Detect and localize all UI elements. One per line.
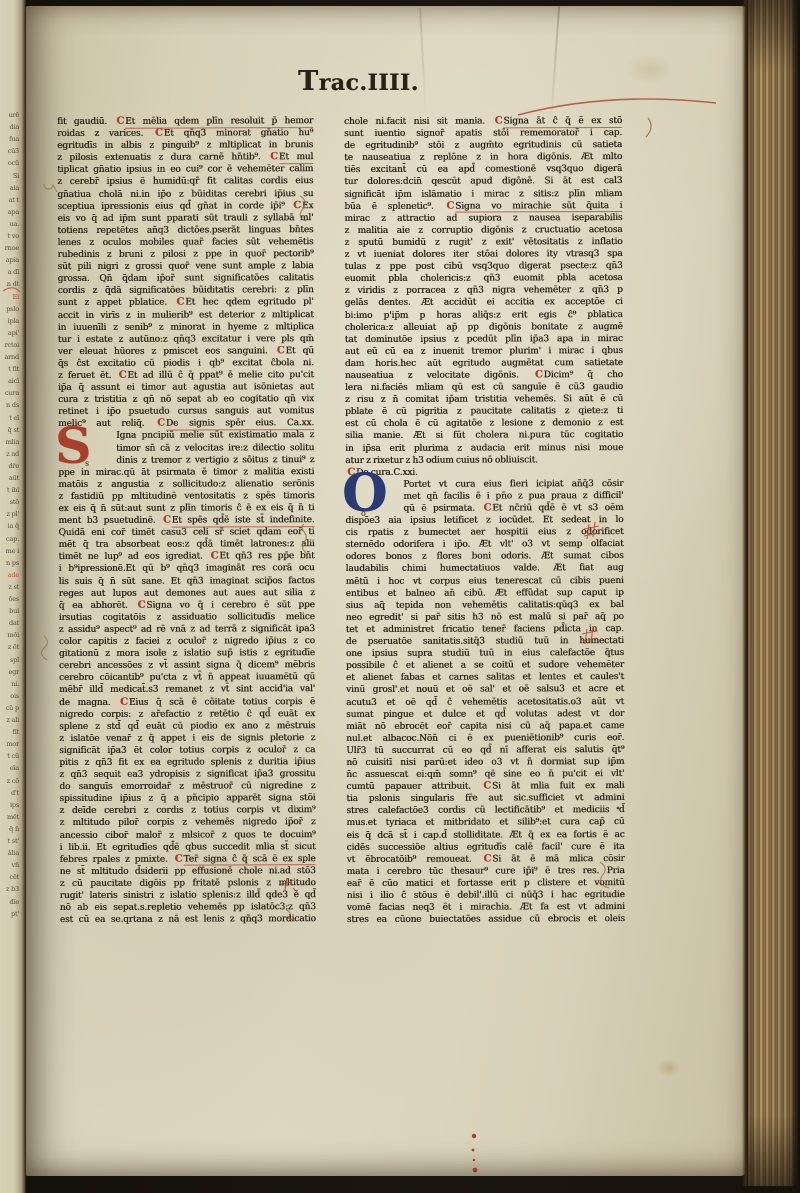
facing-page-edge: urēdiafuacū3ocūSiaiaat tapaua.t vornoeap… bbox=[0, 0, 26, 1193]
edge-text-fragment: z ali bbox=[6, 717, 19, 724]
text-line: vinū grosl'.et nouū et oē sal' et oē sal… bbox=[346, 683, 624, 696]
edge-text-fragment: oīa bbox=[10, 765, 19, 772]
text-line: pblate ē cū pigritia z paucitate calitat… bbox=[345, 405, 623, 418]
text-line: egritudīs in albis z pinguib⁹ z mltiplic… bbox=[57, 139, 313, 152]
edge-text-fragment: mor bbox=[6, 741, 19, 748]
text-line: accit in virīs z in mulierib⁹ est deteri… bbox=[58, 309, 314, 322]
capitulum-mark: C bbox=[533, 369, 544, 380]
capitulum-mark: C bbox=[291, 200, 302, 211]
edge-text-fragment: ocū bbox=[8, 160, 19, 167]
text-line: tulas z ppe post cibū vsq3quo digerat ps… bbox=[345, 260, 623, 273]
text-line: qū ē psirmata. CEt nc̄riū qd̄ē ē vt s3 o… bbox=[403, 502, 623, 515]
edge-text-fragment: z st bbox=[8, 584, 19, 591]
text-line: sceptiua ipressionis eius qd̄ gn̄at in c… bbox=[57, 200, 313, 213]
edge-text-fragment: ua. bbox=[9, 221, 19, 228]
text-line: reges aut lupos aut demones aut aues aut… bbox=[59, 587, 315, 600]
text-line: z malitia aie z corruptio digōnis z cruc… bbox=[344, 224, 622, 237]
edge-text-fragment: t cū bbox=[7, 753, 19, 760]
text-line: gelās dentes. Æt accidūt ei accitia ex a… bbox=[345, 296, 623, 309]
text-line: sunt z appet pblatice. CEt hec qdem egri… bbox=[58, 297, 314, 310]
text-line: mēbr̄ illd̄ medicat̄.s3 remanet z vt̄ si… bbox=[59, 684, 315, 697]
text-line: febres rpales z pmixte. CTer̄ signa ĉ q̄… bbox=[60, 853, 316, 866]
text-line: roidas z varices. CEt qn̄q3 minorat gn̄a… bbox=[57, 127, 313, 140]
text-line: matōis z angustia z sollicitudo:z aliena… bbox=[58, 478, 314, 491]
capitulum-mark: C bbox=[209, 551, 220, 562]
text-line: dinis z tremor z vertigio z sōitus z tin… bbox=[116, 454, 314, 467]
edge-text-fragment: rnoe bbox=[5, 245, 19, 252]
text-line: z cerebr̄ ipsius ē humidū:qr̄ fit calita… bbox=[57, 176, 313, 189]
edge-text-fragment: rctoi bbox=[5, 342, 19, 349]
book-photo: urēdiafuacū3ocūSiaiaat tapaua.t vornoeap… bbox=[0, 0, 800, 1193]
edge-text-fragment: aūt bbox=[9, 475, 19, 482]
text-line: cordis z q̄dā significatōes būiditatis c… bbox=[58, 284, 314, 297]
edge-text-fragment: mēt bbox=[7, 814, 19, 821]
text-line: mētū i hoc vt corpus eius tenerescat cū … bbox=[346, 575, 624, 588]
edge-text-fragment: cēt bbox=[10, 874, 20, 881]
edge-text-fragment: ips bbox=[10, 802, 19, 809]
text-line: nauseatiua z velocitate digōnis. CDicim⁹… bbox=[345, 369, 623, 382]
text-line: entibus et balneo an̄ cibū. Æt effūdat s… bbox=[346, 587, 624, 600]
edge-text-fragment: q̄ n̄ bbox=[9, 826, 19, 833]
text-line: ip̄a q̄ assunt ei timor aut agustia aut … bbox=[58, 381, 314, 394]
text-line: de magna. CEius q̄ scā ē cōitate totius … bbox=[59, 696, 315, 709]
left-column: fit gaudiū. CEt mēlia qdem plīn resoluit… bbox=[57, 115, 316, 926]
edge-text-fragment: mlia bbox=[6, 439, 19, 446]
text-line: tet et administret fricatio tener̄ facie… bbox=[346, 623, 624, 636]
edge-text-fragment: api' bbox=[8, 330, 19, 337]
edge-text-fragment: dia bbox=[9, 124, 19, 131]
text-line: z feruet ēt. CEt ad illū ĉ q̄ ppat⁹ ē me… bbox=[58, 369, 314, 382]
text-line: color capitis z faciei z oculor̄ z nigre… bbox=[59, 635, 315, 648]
edge-text-fragment: cap. bbox=[6, 536, 19, 543]
text-line: est cū chola ē cū agitatōe z lesione z d… bbox=[345, 417, 623, 430]
text-line: in ip̄sa erit plurima z audacia erit min… bbox=[345, 442, 623, 455]
text-line: mēt q̄ tra absorbeat eos:z qd̄ā timēt la… bbox=[58, 538, 314, 551]
edge-text-fragment: pt' bbox=[11, 911, 19, 918]
text-line: z qn̄3 sequit ea3 ydropisis z significat… bbox=[59, 768, 315, 781]
capitulum-mark: C bbox=[481, 853, 492, 864]
text-line: z mltitudo pilor̄ corpis z vehemēs nigre… bbox=[59, 817, 315, 830]
edge-text-fragment: Ei bbox=[13, 294, 19, 301]
text-line: nigredo corpis: z ar̄efactio z retētio ĉ… bbox=[59, 708, 315, 721]
text-line: nō ab eis sepat.s.repletio vehemēs pp is… bbox=[60, 901, 316, 914]
edge-text-fragment: ia q̄ bbox=[8, 523, 19, 530]
capitulum-mark: C bbox=[161, 515, 172, 526]
capitulum-mark: C bbox=[173, 853, 184, 864]
text-line: aut eū cū ea z inuenit tremor plurim' i … bbox=[345, 345, 623, 358]
text-line: stres ea cūone buiectatōes assidue cū eb… bbox=[347, 913, 625, 926]
text-line: q̄ ea abhorēt. CSigna vo q̄ i cerebro ē … bbox=[59, 599, 315, 612]
text-line: dam horis.hec aūt egritudo augmētat cum … bbox=[345, 357, 623, 370]
text-line: lera ni.faciēs mliam qū est cū sanguīe ē… bbox=[345, 381, 623, 394]
capitulum-mark: C bbox=[493, 115, 504, 126]
folio-header: Trac.IIII. bbox=[298, 66, 419, 97]
edge-text-fragment: vn̄ bbox=[12, 862, 19, 869]
text-line: nō cuisitī nisi parū:et ideo o3 vt n̄ do… bbox=[346, 756, 624, 769]
capitulum-mark: C bbox=[153, 128, 164, 139]
text-line: grossa. Qn̄ q̄dam ip̄or̄ sunt significat… bbox=[58, 272, 314, 285]
text-line: q̄s ĉst excitatio cū piodis i qb⁹ excita… bbox=[58, 357, 314, 370]
edge-text-fragment: z ad bbox=[6, 451, 19, 458]
capitulum-mark: C bbox=[268, 152, 279, 163]
text-line: timor sn̄ cā z velocitas ire:z dilectio … bbox=[116, 442, 314, 455]
edge-text-fragment: cura bbox=[5, 390, 19, 397]
text-line: z risu z n̄ comitat ip̄am tristitia vehe… bbox=[345, 393, 623, 406]
text-line: gn̄atiua cholā ni.in ip̄o z būiditas cer… bbox=[57, 188, 313, 201]
edge-text-fragment: me i bbox=[6, 548, 19, 555]
text-line: mirac z attractio ad supiora z nausea is… bbox=[344, 212, 622, 225]
text-line: ear̄ ē cūo matici et fortasse erit p cli… bbox=[347, 877, 625, 890]
text-line: mata i cerebro tūc thesaur⁹ cure ip̄i⁹ ē… bbox=[347, 865, 625, 878]
edge-text-fragment: fīt bbox=[13, 729, 20, 736]
text-line: Quidā eni cor̄ timēt casu3 celi sr̄ scie… bbox=[58, 526, 314, 539]
text-line: splene z std̄ qd̄ euāt cū piodio ex ano … bbox=[59, 720, 315, 733]
text-line: ver eleuat hūores z pmiscet eos sanguini… bbox=[58, 345, 314, 358]
capitulum-mark: C bbox=[444, 200, 455, 211]
text-line: retinet i ip̄o psuetudo cursus sanguis a… bbox=[58, 405, 314, 418]
text-line: tur i estate z autūno:z qn̄q3 excitatur … bbox=[58, 333, 314, 346]
capitulum-mark: C bbox=[481, 502, 492, 513]
text-line: ne st̄ mltitudo d̄siderii pp effusionē c… bbox=[60, 865, 316, 878]
edge-text-fragment: ni. bbox=[11, 681, 19, 688]
text-line: mus.et tyriaca et mitbridato et silib⁹:e… bbox=[346, 816, 624, 829]
text-line: tia pslonis singularis fr̄e aut sic.suff… bbox=[346, 792, 624, 805]
text-line: cidēs successiōe altius egritudīs calē f… bbox=[347, 841, 625, 854]
text-line: Igna pncipiū melie sūt existimatio mala … bbox=[116, 430, 314, 443]
text-line: cerebro cōicantib⁹ pu'cta z vt̄ n̄ appea… bbox=[59, 671, 315, 684]
text-line: z vt iueniat dolores iter stōai dolores … bbox=[344, 248, 622, 261]
text-line: sūt pili nigri z grossi quor̄ vene sunt … bbox=[58, 260, 314, 273]
text-line: n̄c assuescat ei:qm̄ somn⁹ qē sine eo n̄… bbox=[346, 768, 624, 781]
text-line: rubedinis z bruni z pilosi z ppe in quor… bbox=[57, 248, 313, 261]
edge-text-fragment: aia bbox=[10, 185, 19, 192]
text-line: tat dominutōe ipsius z pcedūt plīn ip̄a3… bbox=[345, 333, 623, 346]
text-line: eis vo q̄ ad ip̄m sunt pparati sūt traul… bbox=[57, 212, 313, 225]
capitulum-mark: C bbox=[114, 116, 125, 127]
edge-text-fragment: cū3 bbox=[8, 148, 19, 155]
text-line: met qn̄ facilis ē i pn̄o z pua praua z d… bbox=[403, 490, 623, 503]
edge-text-fragment: dat bbox=[9, 620, 19, 627]
stain bbox=[656, 1058, 682, 1078]
edge-text-fragment: spl bbox=[10, 657, 19, 664]
edge-text-fragment: mōi bbox=[7, 632, 19, 639]
text-line: sumat pingue et dulce et qd̄ volutas ade… bbox=[346, 708, 624, 721]
fore-edge bbox=[748, 0, 800, 1186]
text-line: i b⁹ipressionē.Et qū b⁹ qn̄q3 imagināt r… bbox=[59, 563, 315, 576]
text-line: sius aq̄ tepida non vehemētis calitatis:… bbox=[346, 599, 624, 612]
edge-text-fragment: apia bbox=[6, 257, 19, 264]
text-line: timēt ne lup⁹ ad eos igrediat. CEt qn̄3 … bbox=[59, 550, 315, 563]
text-line: miāt nō ebrocēt eor̄ capita nisi cū aq̄ … bbox=[346, 720, 624, 733]
text-line: euomit pbla cholericis:z qn̄3 euomit pbl… bbox=[345, 272, 623, 285]
edge-text-fragment: urē bbox=[8, 112, 19, 119]
page-crease bbox=[550, 6, 560, 124]
text-line: z pilosis extenuatis z dura carnē hn̄tib… bbox=[57, 151, 313, 164]
edge-text-fragment: n ds bbox=[6, 402, 19, 409]
page: Trac.IIII. fit gaudiū. CEt mēlia qdem pl… bbox=[26, 6, 748, 1176]
edge-text-fragment: z cō bbox=[7, 778, 19, 785]
text-line: z fastidiū pp mltitudinē ventositatis z … bbox=[58, 490, 314, 503]
edge-text-fragment: egr bbox=[8, 669, 19, 676]
edge-text-fragment: ipla bbox=[8, 318, 19, 325]
text-line: rugit' lateris sinistri z islatio spleni… bbox=[60, 889, 316, 902]
edge-text-fragment: dr̄e bbox=[8, 463, 19, 470]
edge-text-fragment: Si bbox=[13, 173, 19, 180]
text-line: Portet vt cura eius fieri icipiat an̄q̄3… bbox=[403, 478, 623, 491]
text-line: possibile ĉ et alienet a se coitū et sud… bbox=[346, 659, 624, 672]
text-line: z sputū bumidū z rugit' z exit' vētosita… bbox=[344, 236, 622, 249]
text-line: ex eis q̄ n̄ sūt:aut sunt z plīn timoris… bbox=[58, 502, 314, 515]
text-line: est cū ea se.qrtana z nā est lenis z qn̄… bbox=[60, 913, 316, 926]
text-line: pitis z qn̄3 fit ex ea egritudo splenis … bbox=[59, 756, 315, 769]
text-line: cumtū papauer attribuit. CSi āt mlia fui… bbox=[346, 780, 624, 793]
text-line: one ipsius supra studiū tuū in eius cale… bbox=[346, 647, 624, 660]
text-line: cholerica:z alleuiat ap̄ pp digōnis boni… bbox=[345, 321, 623, 334]
text-line: lenes z oculos mobiles quar̄ facies sūt … bbox=[57, 236, 313, 249]
text-line: cerebri ancessōes z vt̄ assint signa q̄ … bbox=[59, 659, 315, 672]
text-line: būa ē splenetic⁹. CSigna vo mirachie sūt… bbox=[344, 200, 622, 213]
text-line: tiēs excitant̄ cū ea apd̄ comestionē vsq… bbox=[344, 163, 622, 176]
text-line: eis q̄ dcā st̄ i cap.d̄ stolliditate. Æt… bbox=[346, 829, 624, 842]
text-line: nul.et albacoc.Nōn̄ ci ē ex pueniētionib… bbox=[346, 732, 624, 745]
text-line: tiplicat gn̄atio ipsius in eo cui⁹ cor ē… bbox=[57, 163, 313, 176]
text-line: gitationū z mora isole z islatio sup̄ is… bbox=[59, 647, 315, 660]
text-line: et alienet fabas et carnes salitas et le… bbox=[346, 671, 624, 684]
page-crease-2 bbox=[419, 8, 426, 120]
text-line: odores bonos z flores boni odoris. Æt su… bbox=[346, 550, 624, 563]
text-line: totiens repetētes an̄q3 dictōes.pserāt l… bbox=[57, 224, 313, 237]
stain-2 bbox=[626, 54, 674, 84]
text-line: significāt ip̄m islāmatio i mirac z siti… bbox=[344, 188, 622, 201]
edge-text-fragment: fua bbox=[9, 136, 19, 143]
text-line: z assidu⁹ aspect⁹ ad rē vnā z ad terrā z… bbox=[59, 623, 315, 636]
edge-text-fragment: z pl' bbox=[6, 511, 19, 518]
edge-text-fragment: d't bbox=[11, 790, 19, 797]
edge-text-fragment: a dī bbox=[8, 269, 19, 276]
text-line: in iuuenīli z senib⁹ z minorat in hyeme … bbox=[58, 321, 314, 334]
edge-text-fragment: ade bbox=[8, 572, 19, 579]
text-line: z viridis z porracea z qn̄3 nigra vehemē… bbox=[345, 284, 623, 297]
text-line: do sanguīs emorroidar̄ z mēstruor̄ cū ni… bbox=[59, 780, 315, 793]
text-line: lis suis q̄ n̄ sūt sane. Et qn̄3 imagina… bbox=[59, 575, 315, 588]
text-line: tur dolores:dcin̄ qescūt apud digōnē. Si… bbox=[344, 175, 622, 188]
edge-text-fragment: cū p bbox=[6, 705, 19, 712]
edge-text-fragment: bui bbox=[9, 608, 19, 615]
text-line: fit gaudiū. CEt mēlia qdem plīn resoluit… bbox=[57, 115, 313, 128]
edge-text-fragment: t eī bbox=[9, 415, 19, 422]
edge-text-fragment: t fit bbox=[8, 366, 19, 373]
text-line: sunt iuentio signor̄ apatis stōi rememor… bbox=[344, 127, 622, 140]
edge-text-fragment: ōes bbox=[9, 596, 20, 603]
text-line: spissitudine ip̄ius z q̄ a pn̄cipio appa… bbox=[59, 792, 315, 805]
text-line: neo egredit' si par̄ sitis h3 nō est mal… bbox=[346, 611, 624, 624]
text-line: nisi i ilio ĉ stōus ē debil'.illū ci nūq… bbox=[347, 889, 625, 902]
initial-o-guide-letter: o bbox=[361, 490, 366, 538]
text-line: significāt ip̄a3 ēt color totius corpis … bbox=[59, 744, 315, 757]
text-line: irsutias cogitatōis z assiduatio sollici… bbox=[59, 611, 315, 624]
text-line: cura z tristitia z qn̄ nō sepat ab eo co… bbox=[58, 393, 314, 406]
edge-text-fragment: aicī bbox=[8, 378, 19, 385]
edge-text-fragment: t vo bbox=[8, 233, 19, 240]
edge-text-fragment: q̄ st bbox=[8, 427, 19, 434]
text-line: Ulr̄3 tū succurrat cū eo qd̄ nī afferat … bbox=[346, 744, 624, 757]
edge-text-fragment: z ēt bbox=[8, 644, 19, 651]
edge-text-fragment: n dt bbox=[7, 281, 19, 288]
edge-text-fragment: pslo bbox=[6, 306, 19, 313]
text-line: vt ēbrocatōib⁹ remoueat. CSi āt ē mā mli… bbox=[347, 853, 625, 866]
capitulum-mark: C bbox=[136, 599, 147, 610]
text-line: te nauseatiua z replōne z in hora digōni… bbox=[344, 151, 622, 164]
capitulum-mark: C bbox=[275, 345, 286, 356]
capitulum-mark: C bbox=[174, 297, 185, 308]
text-line: de egritudinib⁹ stōi z augm̄to egritudin… bbox=[344, 139, 622, 152]
edge-text-fragment: t st' bbox=[8, 838, 19, 845]
text-line: stres calefactōe3 cordis cū lectificātib… bbox=[346, 804, 624, 817]
edge-text-fragment: t ibi bbox=[7, 487, 19, 494]
initial-o-lombard: O o bbox=[342, 470, 396, 520]
text-line: de pseruatōe sanitatis.sitq̄3 studiū tuū… bbox=[346, 635, 624, 648]
capitulum-mark: C bbox=[481, 781, 492, 792]
edge-text-fragment: ālia bbox=[8, 850, 19, 857]
initial-s-lombard: S s bbox=[55, 424, 111, 470]
text-line: laudabilis chimi humectatiuos valde. Æt … bbox=[346, 562, 624, 575]
edge-text-fragment: n ps bbox=[6, 560, 19, 567]
text-line: chole ni.facit nisi sit mania. CSigna āt… bbox=[344, 115, 622, 128]
capitulum-mark: C bbox=[155, 418, 166, 429]
edge-text-fragment: arnd bbox=[4, 354, 19, 361]
edge-text-fragment: apa bbox=[8, 209, 19, 216]
text-line: ment b3 psuetudinē. CEt spēs qd̄ē iste s… bbox=[58, 514, 314, 527]
edge-text-fragment: stō bbox=[10, 499, 19, 506]
text-line: bi:imo p'ip̄m p horas aliq̄s:z erit egis… bbox=[345, 309, 623, 322]
edge-text-fragment: at t bbox=[9, 197, 19, 204]
text-line: i lib.ii. Et egritudīes qd̄ē qbus succed… bbox=[60, 841, 316, 854]
capitulum-mark: C bbox=[118, 696, 129, 707]
text-line: z islatōe venar̄ z q̄ appet i eis de sig… bbox=[59, 732, 315, 745]
text-line: vomē facias neq3 ēt i mirachia. Æt fa es… bbox=[347, 901, 625, 914]
text-line: acutu3 et oē qd̄ ĉ vehemētis acetositati… bbox=[346, 696, 624, 709]
initial-s-guide-letter: s bbox=[85, 442, 89, 486]
text-line: sternēdo odorifera i ip̄o. Æt vlt' o3 vt… bbox=[345, 538, 623, 551]
edge-text-fragment: z b3 bbox=[6, 886, 19, 893]
edge-text-fragment: dīe bbox=[10, 899, 20, 906]
edge-text-fragment: ois bbox=[10, 693, 19, 700]
text-line: z deīde cerebri z cordis z totius corpis… bbox=[59, 804, 315, 817]
text-line: z cū paucitate digōis pp fritatē pslonis… bbox=[60, 877, 316, 890]
capitulum-mark: C bbox=[117, 370, 128, 381]
text-line: silia manie. Æt si fūt cholera ni.pura t… bbox=[345, 429, 623, 442]
text-line: cis rpatis z bumectet aer hospitii eius … bbox=[345, 526, 623, 539]
text-line: ancessio cibor̄ malor̄ z mlsicor̄ z quos… bbox=[59, 829, 315, 842]
